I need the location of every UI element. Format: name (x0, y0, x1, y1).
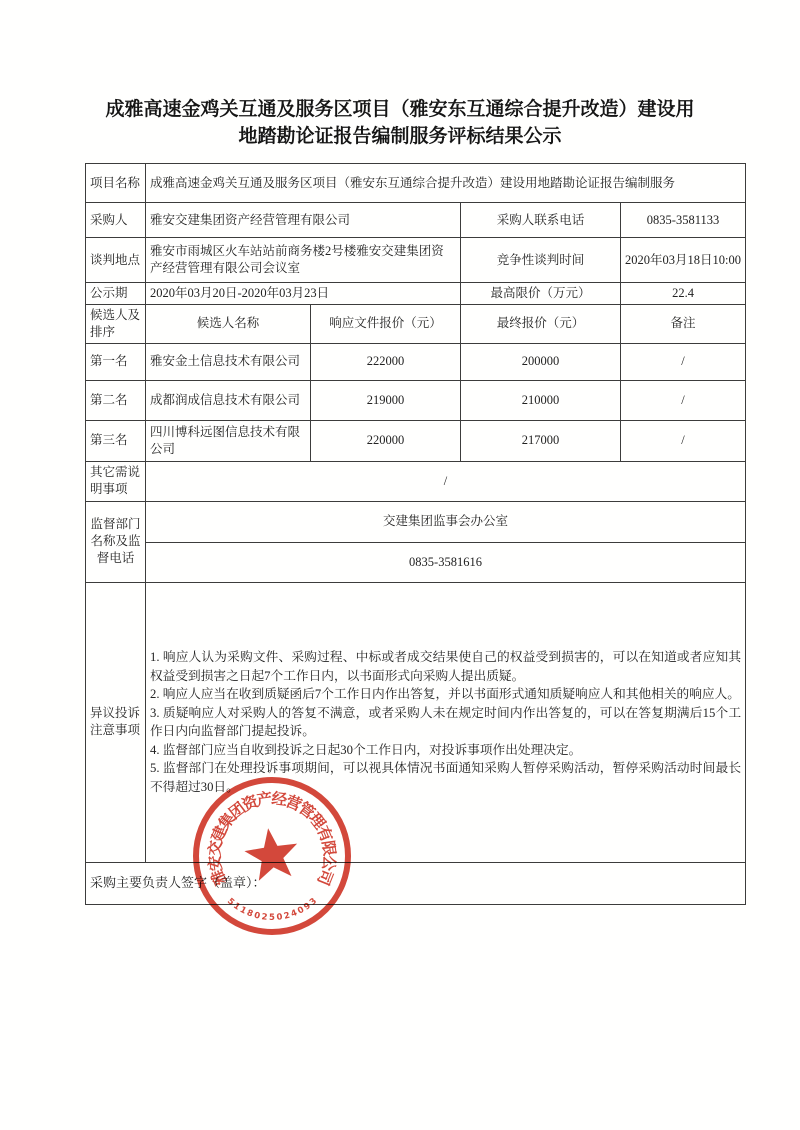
svg-text:0: 0 (296, 905, 306, 917)
final-price-header: 最终报价（元） (461, 305, 621, 344)
supervision-phone: 0835-3581616 (146, 542, 746, 582)
candidate-1-rank: 第一名 (86, 343, 146, 380)
table-row: 公示期 2020年03月20日-2020年03月23日 最高限价（万元） 22.… (86, 283, 746, 305)
candidate-row-2: 第二名 成都润成信息技术有限公司 219000 210000 / (86, 380, 746, 420)
candidate-3-doc-price: 220000 (311, 420, 461, 461)
publicity-period-label: 公示期 (86, 283, 146, 305)
candidate-2-doc-price: 219000 (311, 380, 461, 420)
negotiation-time-label: 竞争性谈判时间 (461, 238, 621, 283)
svg-text:1: 1 (238, 905, 248, 917)
negotiation-place-value: 雅安市雨城区火车站站前商务楼2号楼雅安交建集团资产经营管理有限公司会议室 (146, 238, 461, 283)
document-page: 成雅高速金鸡关互通及服务区项目（雅安东互通综合提升改造）建设用地踏勘论证报告编制… (0, 0, 800, 1130)
candidate-3-name: 四川博科远图信息技术有限公司 (146, 420, 311, 461)
candidate-2-rank: 第二名 (86, 380, 146, 420)
table-row: 采购人 雅安交建集团资产经营管理有限公司 采购人联系电话 0835-358113… (86, 203, 746, 238)
publicity-period-value: 2020年03月20日-2020年03月23日 (146, 283, 461, 305)
table-row: 监督部门名称及监督电话 交建集团监事会办公室 (86, 501, 746, 542)
table-row: 异议投诉注意事项 1. 响应人认为采购文件、采购过程、中标或者成交结果使自己的权… (86, 582, 746, 862)
note-header: 备注 (621, 305, 746, 344)
supervision-office: 交建集团监事会办公室 (146, 501, 746, 542)
candidate-1-final-price: 200000 (461, 343, 621, 380)
max-price-label: 最高限价（万元） (461, 283, 621, 305)
candidate-row-1: 第一名 雅安金土信息技术有限公司 222000 200000 / (86, 343, 746, 380)
objection-content: 1. 响应人认为采购文件、采购过程、中标或者成交结果使自己的权益受到损害的，可以… (146, 582, 746, 862)
other-notes-value: / (146, 461, 746, 501)
candidate-1-name: 雅安金土信息技术有限公司 (146, 343, 311, 380)
purchaser-phone-label: 采购人联系电话 (461, 203, 621, 238)
objection-item-4: 4. 监督部门应当自收到投诉之日起30个工作日内，对投诉事项作出处理决定。 (150, 741, 741, 760)
candidate-2-note: / (621, 380, 746, 420)
signature-row: 采购主要负责人签字（盖章）： (86, 862, 746, 904)
objection-label: 异议投诉注意事项 (86, 582, 146, 862)
table-row: 0835-3581616 (86, 542, 746, 582)
document-title: 成雅高速金鸡关互通及服务区项目（雅安东互通综合提升改造）建设用地踏勘论证报告编制… (100, 96, 700, 150)
candidate-name-header: 候选人名称 (146, 305, 311, 344)
purchaser-label: 采购人 (86, 203, 146, 238)
svg-text:0: 0 (253, 911, 261, 922)
purchaser-phone-value: 0835-3581133 (621, 203, 746, 238)
negotiation-time-value: 2020年03月18日10:00 (621, 238, 746, 283)
candidate-2-final-price: 210000 (461, 380, 621, 420)
other-notes-label: 其它需说明事项 (86, 461, 146, 501)
candidate-3-note: / (621, 420, 746, 461)
project-name-value: 成雅高速金鸡关互通及服务区项目（雅安东互通综合提升改造）建设用地踏勘论证报告编制… (146, 164, 746, 203)
objection-item-2: 2. 响应人应当在收到质疑函后7个工作日内作出答复，并以书面形式通知质疑响应人和… (150, 685, 741, 704)
max-price-value: 22.4 (621, 283, 746, 305)
results-table: 项目名称 成雅高速金鸡关互通及服务区项目（雅安东互通综合提升改造）建设用地踏勘论… (85, 163, 746, 905)
candidate-1-doc-price: 222000 (311, 343, 461, 380)
objection-item-5: 5. 监督部门在处理投诉事项期间，可以视具体情况书面通知采购人暂停采购活动，暂停… (150, 759, 741, 796)
negotiation-place-label: 谈判地点 (86, 238, 146, 283)
svg-text:5: 5 (269, 913, 275, 923)
table-row: 其它需说明事项 / (86, 461, 746, 501)
supervision-label: 监督部门名称及监督电话 (86, 501, 146, 582)
candidates-rank-label: 候选人及排序 (86, 305, 146, 344)
candidate-2-name: 成都润成信息技术有限公司 (146, 380, 311, 420)
project-name-label: 项目名称 (86, 164, 146, 203)
svg-text:2: 2 (283, 911, 291, 922)
signature-label: 采购主要负责人签字（盖章）： (86, 862, 746, 904)
svg-text:0: 0 (276, 912, 283, 923)
svg-text:2: 2 (261, 912, 268, 923)
candidate-3-final-price: 217000 (461, 420, 621, 461)
table-row: 谈判地点 雅安市雨城区火车站站前商务楼2号楼雅安交建集团资产经营管理有限公司会议… (86, 238, 746, 283)
doc-price-header: 响应文件报价（元） (311, 305, 461, 344)
objection-item-1: 1. 响应人认为采购文件、采购过程、中标或者成交结果使自己的权益受到损害的，可以… (150, 648, 741, 685)
svg-text:8: 8 (245, 908, 254, 919)
candidates-header-row: 候选人及排序 候选人名称 响应文件报价（元） 最终报价（元） 备注 (86, 305, 746, 344)
candidate-row-3: 第三名 四川博科远图信息技术有限公司 220000 217000 / (86, 420, 746, 461)
candidate-1-note: / (621, 343, 746, 380)
objection-item-3: 3. 质疑响应人对采购人的答复不满意，或者采购人未在规定时间内作出答复的，可以在… (150, 704, 741, 741)
svg-text:4: 4 (290, 908, 299, 919)
candidate-3-rank: 第三名 (86, 420, 146, 461)
table-row: 项目名称 成雅高速金鸡关互通及服务区项目（雅安东互通综合提升改造）建设用地踏勘论… (86, 164, 746, 203)
purchaser-value: 雅安交建集团资产经营管理有限公司 (146, 203, 461, 238)
